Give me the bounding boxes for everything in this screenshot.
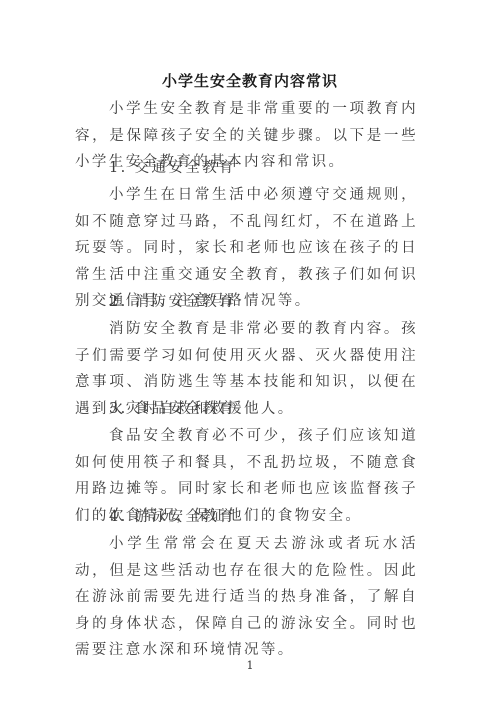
section-heading-fire: 2. 消防安全教育 bbox=[109, 290, 236, 311]
section-heading-traffic: 1. 交通安全教育 bbox=[109, 156, 236, 177]
section-body-swimming: 小学生常常会在夏天去游泳或者玩水活动，但是这些活动也存在很大的危险性。因此在游泳… bbox=[75, 531, 418, 664]
section-heading-swimming: 4. 游泳安全教育 bbox=[109, 505, 236, 526]
section-heading-food: 3. 食品安全教育 bbox=[109, 397, 236, 418]
document-title: 小学生安全教育内容常识 bbox=[0, 70, 500, 91]
page-number: 1 bbox=[0, 659, 500, 672]
document-page: 小学生安全教育内容常识 小学生安全教育是非常重要的一项教育内容，是保障孩子安全的… bbox=[0, 0, 500, 707]
